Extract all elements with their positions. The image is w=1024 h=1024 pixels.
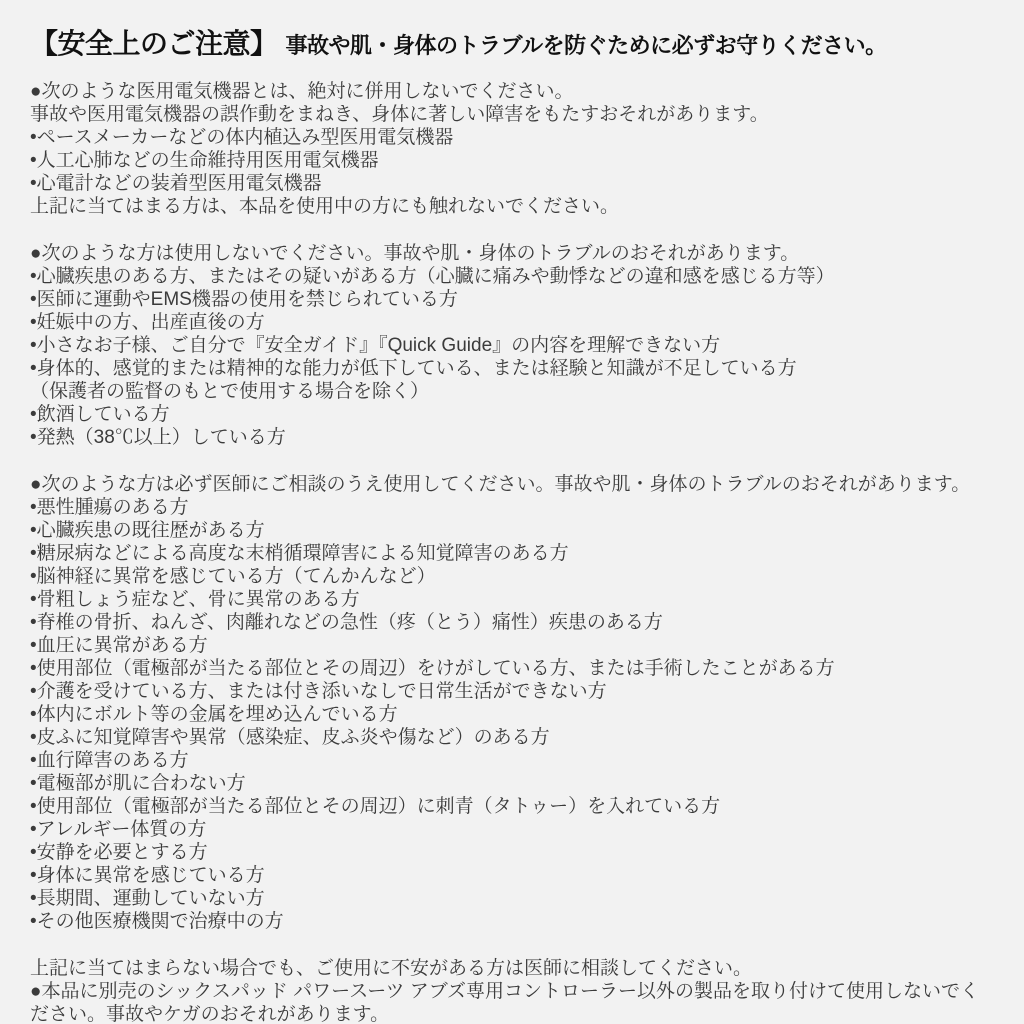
notice-line: ●次のような医用電気機器とは、絶対に併用しないでください。 xyxy=(30,80,994,103)
notice-line: （保護者の監督のもとで使用する場合を除く） xyxy=(30,380,994,403)
notice-line: •身体的、感覚的または精神的な能力が低下している、または経験と知識が不足している… xyxy=(30,357,994,380)
title-bracket-text: 【安全上のご注意】 xyxy=(30,28,278,59)
notice-line: •その他医療機関で治療中の方 xyxy=(30,910,994,933)
notice-line: •脳神経に異常を感じている方（てんかんなど） xyxy=(30,565,994,588)
notice-line: ●次のような方は必ず医師にご相談のうえ使用してください。事故や肌・身体のトラブル… xyxy=(30,473,994,496)
notice-line: 上記に当てはまらない場合でも、ご使用に不安がある方は医師に相談してください。 xyxy=(30,957,994,980)
notice-line: ●次のような方は使用しないでください。事故や肌・身体のトラブルのおそれがあります… xyxy=(30,242,994,265)
notice-line: •身体に異常を感じている方 xyxy=(30,864,994,887)
notice-line: •皮ふに知覚障害や異常（感染症、皮ふ炎や傷など）のある方 xyxy=(30,726,994,749)
notice-line: •血行障害のある方 xyxy=(30,749,994,772)
notice-line: •小さなお子様、ご自分で『安全ガイド』『Quick Guide』の内容を理解でき… xyxy=(30,334,994,357)
notice-line: •介護を受けている方、または付き添いなしで日常生活ができない方 xyxy=(30,680,994,703)
notice-line: •悪性腫瘍のある方 xyxy=(30,496,994,519)
notice-body: ●次のような医用電気機器とは、絶対に併用しないでください。事故や医用電気機器の誤… xyxy=(30,80,994,1024)
notice-line: 事故や医用電気機器の誤作動をまねき、身体に著しい障害をもたすおそれがあります。 xyxy=(30,103,994,126)
notice-line: •安静を必要とする方 xyxy=(30,841,994,864)
section-footer: 上記に当てはまらない場合でも、ご使用に不安がある方は医師に相談してください。●本… xyxy=(30,957,994,1024)
section-consult-doctor: ●次のような方は必ず医師にご相談のうえ使用してください。事故や肌・身体のトラブル… xyxy=(30,473,994,933)
notice-line: •心臓疾患の既往歴がある方 xyxy=(30,519,994,542)
safety-notice-page: 【安全上のご注意】事故や肌・身体のトラブルを防ぐために必ずお守りください。 ●次… xyxy=(0,0,1024,1024)
notice-line: ●本品に別売のシックスパッド パワースーツ アブズ専用コントローラー以外の製品を… xyxy=(30,980,994,1024)
page-title: 【安全上のご注意】事故や肌・身体のトラブルを防ぐために必ずお守りください。 xyxy=(30,24,994,64)
notice-line: •長期間、運動していない方 xyxy=(30,887,994,910)
notice-line: •医師に運動やEMS機器の使用を禁じられている方 xyxy=(30,288,994,311)
notice-line: •電極部が肌に合わない方 xyxy=(30,772,994,795)
notice-line: •血圧に異常がある方 xyxy=(30,634,994,657)
notice-line: •発熱（38℃以上）している方 xyxy=(30,426,994,449)
notice-line: •飲酒している方 xyxy=(30,403,994,426)
title-subtitle-text: 事故や肌・身体のトラブルを防ぐために必ずお守りください。 xyxy=(286,33,887,58)
notice-line: •使用部位（電極部が当たる部位とその周辺）に刺青（タトゥー）を入れている方 xyxy=(30,795,994,818)
notice-line: 上記に当てはまる方は、本品を使用中の方にも触れないでください。 xyxy=(30,195,994,218)
notice-line: •ペースメーカーなどの体内植込み型医用電気機器 xyxy=(30,126,994,149)
section-medical-devices: ●次のような医用電気機器とは、絶対に併用しないでください。事故や医用電気機器の誤… xyxy=(30,80,994,218)
notice-line: •妊娠中の方、出産直後の方 xyxy=(30,311,994,334)
notice-line: •心臓疾患のある方、またはその疑いがある方（心臓に痛みや動悸などの違和感を感じる… xyxy=(30,265,994,288)
notice-line: •心電計などの装着型医用電気機器 xyxy=(30,172,994,195)
notice-line: •骨粗しょう症など、骨に異常のある方 xyxy=(30,588,994,611)
notice-line: •人工心肺などの生命維持用医用電気機器 xyxy=(30,149,994,172)
notice-line: •糖尿病などによる高度な末梢循環障害による知覚障害のある方 xyxy=(30,542,994,565)
notice-line: •体内にボルト等の金属を埋め込んでいる方 xyxy=(30,703,994,726)
notice-line: •脊椎の骨折、ねんざ、肉離れなどの急性（疼（とう）痛性）疾患のある方 xyxy=(30,611,994,634)
section-do-not-use: ●次のような方は使用しないでください。事故や肌・身体のトラブルのおそれがあります… xyxy=(30,242,994,449)
notice-line: •使用部位（電極部が当たる部位とその周辺）をけがしている方、または手術したことが… xyxy=(30,657,994,680)
notice-line: •アレルギー体質の方 xyxy=(30,818,994,841)
